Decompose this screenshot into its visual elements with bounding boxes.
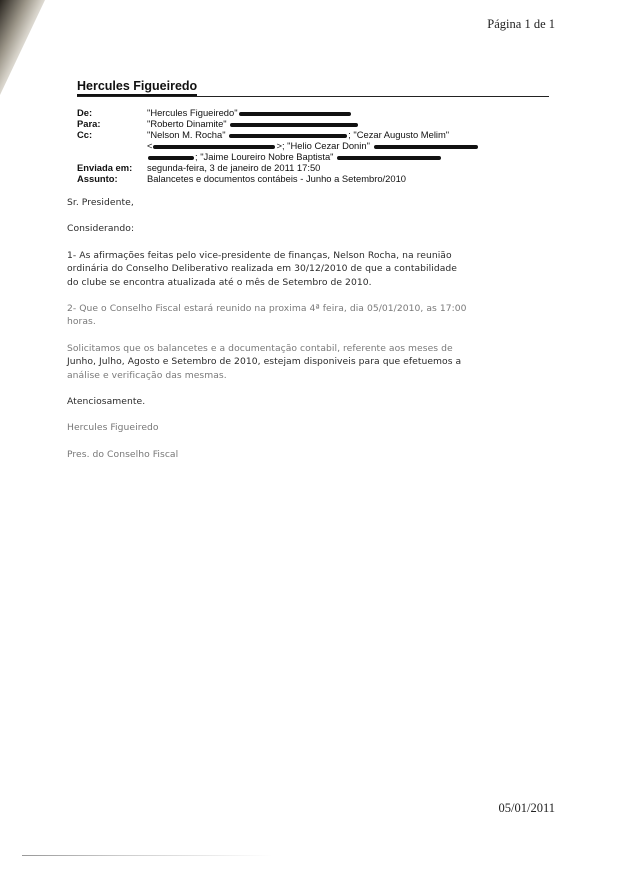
considering: Considerando: [67, 222, 567, 235]
redacted-email [337, 156, 441, 160]
to-row: Para: "Roberto Dinamite" [77, 118, 557, 129]
sent-label: Enviada em: [77, 162, 147, 173]
request: Solicitamos que os balancetes e a docume… [67, 342, 567, 382]
cc-recipient-1: "Nelson M. Rocha" [147, 129, 226, 140]
redacted-email [239, 112, 351, 116]
sent-row: Enviada em: segunda-feira, 3 de janeiro … [77, 162, 557, 173]
cc-recipient-4: ; "Jaime Loureiro Nobre Baptista" [195, 151, 334, 162]
redacted-email [374, 145, 478, 149]
greeting: Sr. Presidente, [67, 196, 567, 209]
signature-name: Hercules Figueiredo [67, 421, 567, 434]
item-2: 2- Que o Conselho Fiscal estará reunido … [67, 302, 567, 329]
from-row: De: "Hercules Figueiredo" [77, 107, 557, 118]
redacted-email [230, 123, 358, 127]
from-value: "Hercules Figueiredo" [147, 107, 238, 118]
signature-title: Pres. do Conselho Fiscal [67, 448, 567, 461]
sender-name: Hercules Figueiredo [77, 79, 197, 96]
redacted-email [153, 145, 275, 149]
email-body: Sr. Presidente, Considerando: 1- As afir… [67, 196, 567, 474]
email-header: De: "Hercules Figueiredo" Para: "Roberto… [77, 107, 557, 184]
cc-row: Cc: "Nelson M. Rocha" ; "Cezar Augusto M… [77, 129, 557, 162]
redacted-email [229, 134, 347, 138]
subject-label: Assunto: [77, 173, 147, 184]
scan-edge-line [22, 855, 272, 856]
cc-recipient-2: ; "Cezar Augusto Melim" [348, 129, 449, 140]
subject-value: Balancetes e documentos contábeis - Junh… [147, 173, 557, 184]
closing: Atenciosamente. [67, 395, 567, 408]
from-label: De: [77, 107, 147, 118]
footer-date: 05/01/2011 [499, 801, 555, 816]
item-1: 1- As afirmações feitas pelo vice-presid… [67, 249, 567, 289]
to-label: Para: [77, 118, 147, 129]
sent-value: segunda-feira, 3 de janeiro de 2011 17:5… [147, 162, 557, 173]
to-value: "Roberto Dinamite" [147, 118, 227, 129]
redacted-email [148, 156, 194, 160]
scan-corner-shadow [0, 0, 48, 100]
sender-heading: Hercules Figueiredo [77, 77, 549, 97]
cc-recipient-3: >; "Helio Cezar Donin" [276, 140, 369, 151]
cc-label: Cc: [77, 129, 147, 162]
page-number: Página 1 de 1 [487, 17, 555, 32]
subject-row: Assunto: Balancetes e documentos contábe… [77, 173, 557, 184]
